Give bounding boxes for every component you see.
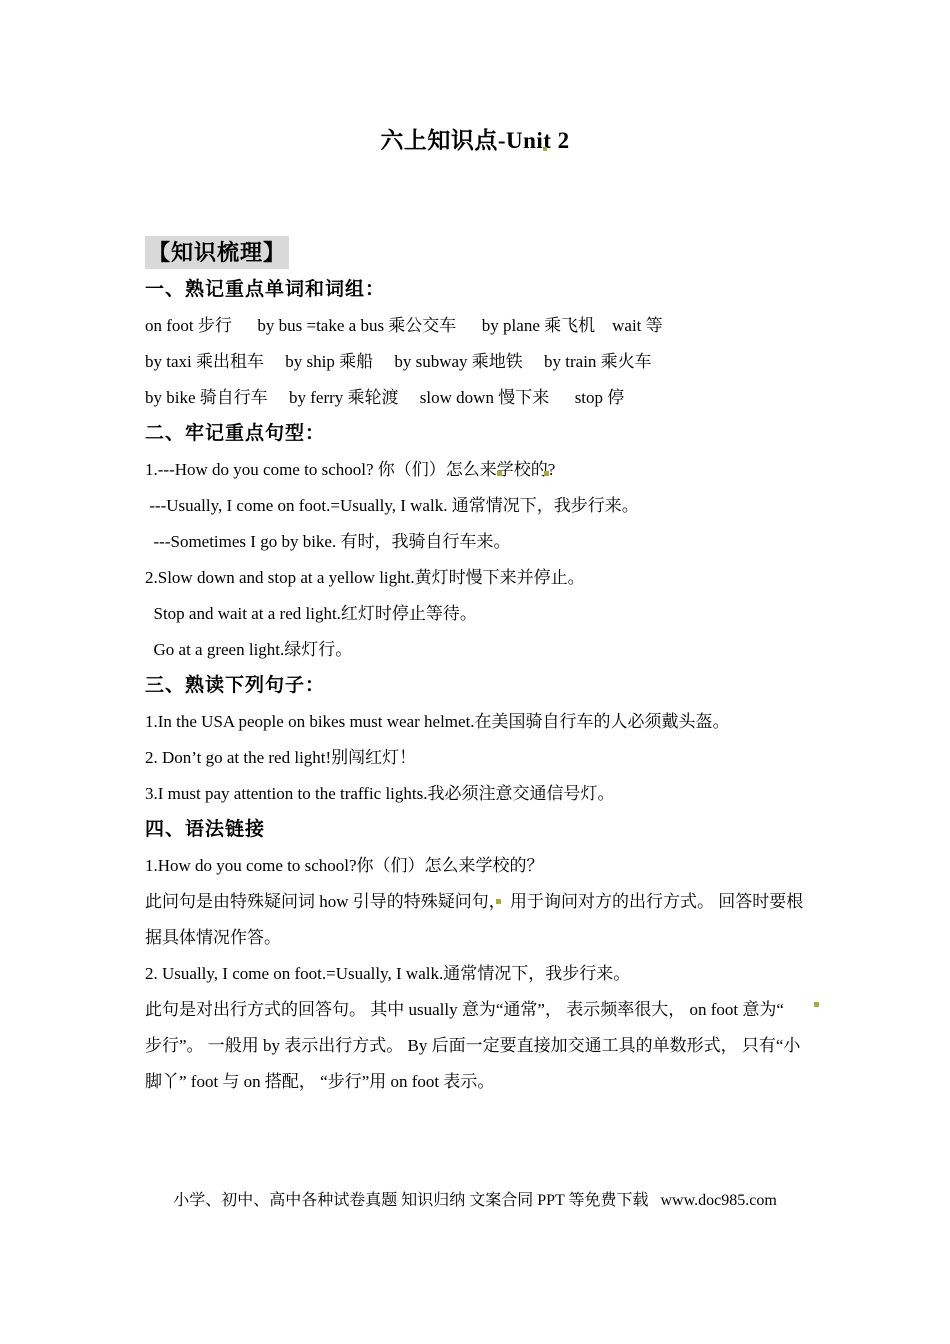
reading-line: 1.In the USA people on bikes must wear h… xyxy=(145,704,835,740)
proofing-mark xyxy=(544,471,549,476)
proofing-mark xyxy=(496,899,501,904)
reading-line: 3.I must pay attention to the traffic li… xyxy=(145,776,835,812)
grammar-line: 此问句是由特殊疑问词 how 引导的特殊疑问句， 用于询问对方的出行方式。 回答… xyxy=(145,884,835,920)
grammar-line: 1.How do you come to school?你（们）怎么来学校的？ xyxy=(145,848,835,884)
proofing-mark xyxy=(543,147,547,151)
sentence-line: ---Sometimes I go by bike. 有时，我骑自行车来。 xyxy=(145,524,835,560)
reading-line: 2. Don’t go at the red light!别闯红灯！ xyxy=(145,740,835,776)
sentence-line: 1.---How do you come to school? 你（们）怎么来学… xyxy=(145,452,835,488)
highlight-heading: 【知识梳理】 xyxy=(145,236,289,269)
sentence-line: ---Usually, I come on foot.=Usually, I w… xyxy=(145,488,835,524)
document-body: 【知识梳理】 一、熟记重点单词和词组： on foot 步行 by bus =t… xyxy=(145,236,835,1100)
sentence-line: Go at a green light.绿灯行。 xyxy=(145,632,835,668)
page-title: 六上知识点-Unit 2 xyxy=(0,124,950,158)
sentence-line: 2.Slow down and stop at a yellow light.黄… xyxy=(145,560,835,596)
section-heading-reading: 三、熟读下列句子： xyxy=(145,668,835,704)
section-heading-grammar: 四、语法链接 xyxy=(145,812,835,848)
footer-text: 小学、初中、高中各种试卷真题 知识归纳 文案合同 PPT 等免费下载 www.d… xyxy=(0,1190,950,1212)
word-list-line: by bike 骑自行车 by ferry 乘轮渡 slow down 慢下来 … xyxy=(145,380,835,416)
proofing-mark xyxy=(814,1002,819,1007)
section-heading-sentences: 二、牢记重点句型： xyxy=(145,416,835,452)
grammar-line: 脚丫” foot 与 on 搭配， “步行”用 on foot 表示。 xyxy=(145,1064,835,1100)
document-page: 六上知识点-Unit 2 【知识梳理】 一、熟记重点单词和词组： on foot… xyxy=(0,0,950,1344)
grammar-line: 步行”。 一般用 by 表示出行方式。 By 后面一定要直接加交通工具的单数形式… xyxy=(145,1028,835,1064)
grammar-line: 此句是对出行方式的回答句。 其中 usually 意为“通常”， 表示频率很大，… xyxy=(145,992,835,1028)
section-heading-words: 一、熟记重点单词和词组： xyxy=(145,272,835,308)
highlight-heading-line: 【知识梳理】 xyxy=(145,236,835,272)
word-list-line: on foot 步行 by bus =take a bus 乘公交车 by pl… xyxy=(145,308,835,344)
grammar-line: 据具体情况作答。 xyxy=(145,920,835,956)
proofing-mark xyxy=(497,471,502,476)
grammar-line: 2. Usually, I come on foot.=Usually, I w… xyxy=(145,956,835,992)
word-list-line: by taxi 乘出租车 by ship 乘船 by subway 乘地铁 by… xyxy=(145,344,835,380)
sentence-line: Stop and wait at a red light.红灯时停止等待。 xyxy=(145,596,835,632)
